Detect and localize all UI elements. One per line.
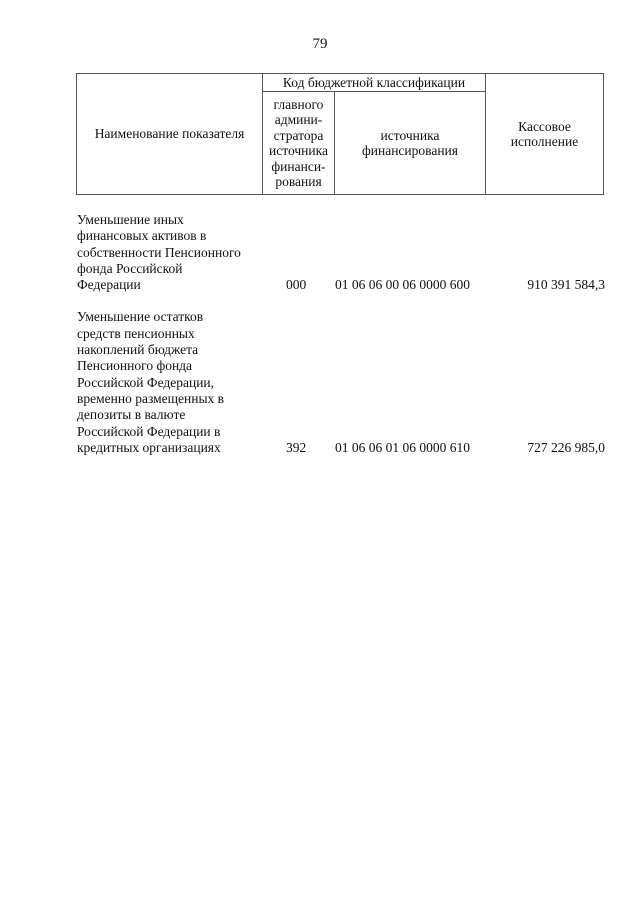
name-line: Уменьшение иных	[77, 212, 267, 228]
header-chief-administrator: главного админи- стратора источника фина…	[263, 92, 335, 195]
name-line: Пенсионного фонда	[77, 358, 267, 374]
name-line: фонда Российской	[77, 261, 267, 277]
row-amount: 910 391 584,3	[527, 277, 605, 293]
header-admin-line: админи-	[263, 112, 334, 128]
table-header: Наименование показателя Код бюджетной кл…	[76, 73, 604, 195]
name-line: финансовых активов в	[77, 228, 267, 244]
header-source-line: источника	[335, 128, 485, 144]
name-line: Уменьшение остатков	[77, 309, 267, 325]
row-indicator-name: Уменьшение остатков средств пенсионных н…	[77, 309, 267, 456]
row-amount: 727 226 985,0	[527, 440, 605, 456]
header-source-line: финансирования	[335, 143, 485, 159]
header-cash-line: Кассовое	[486, 119, 603, 135]
header-admin-line: стратора	[263, 128, 334, 144]
name-line: Федерации	[77, 277, 267, 293]
header-admin-line: рования	[263, 174, 334, 190]
name-line: депозиты в валюте	[77, 407, 267, 423]
name-line: собственности Пенсионного	[77, 245, 267, 261]
header-cash-execution: Кассовое исполнение	[486, 74, 604, 195]
header-admin-line: главного	[263, 97, 334, 113]
header-admin-line: финанси-	[263, 159, 334, 175]
name-line: кредитных организациях	[77, 440, 267, 456]
row-admin-code: 392	[286, 440, 306, 456]
header-budget-classification-code: Код бюджетной классификации	[263, 74, 486, 92]
header-admin-line: источника	[263, 143, 334, 159]
table-row: Уменьшение иных финансовых активов в соб…	[77, 212, 605, 293]
header-indicator-name: Наименование показателя	[77, 74, 263, 195]
header-cash-line: исполнение	[486, 134, 603, 150]
name-line: Российской Федерации,	[77, 375, 267, 391]
row-indicator-name: Уменьшение иных финансовых активов в соб…	[77, 212, 267, 293]
name-line: Российской Федерации в	[77, 424, 267, 440]
row-source-code: 01 06 06 01 06 0000 610	[335, 440, 470, 456]
name-line: средств пенсионных	[77, 326, 267, 342]
table-row: Уменьшение остатков средств пенсионных н…	[77, 309, 605, 456]
name-line: накоплений бюджета	[77, 342, 267, 358]
name-line: временно размещенных в	[77, 391, 267, 407]
table-body: Уменьшение иных финансовых активов в соб…	[77, 212, 605, 472]
row-admin-code: 000	[286, 277, 306, 293]
header-financing-source: источника финансирования	[335, 92, 486, 195]
page-number: 79	[0, 36, 640, 53]
row-source-code: 01 06 06 00 06 0000 600	[335, 277, 470, 293]
